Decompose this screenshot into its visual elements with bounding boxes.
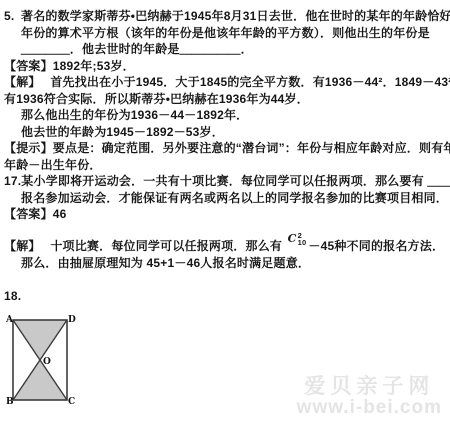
problem17-answer: 【答案】46 [4,206,448,223]
watermark-site-url: www.i-bei.com [297,398,442,418]
problem5-number: 5. [4,8,21,25]
shaded-triangle-top [13,320,67,360]
problem17-number: 17. [4,173,21,190]
shaded-triangle-bottom [13,360,67,400]
problem5-solution-line4: 他去世的年龄为1945－1892－53岁． [4,124,448,141]
problem17-solution-line1: 【解】 十项比赛．每位同学可以任报两项．那么有 C210－45种不同的报名方法． [4,233,448,255]
center-label-o: O [43,357,51,367]
problem5-statement-line2: 年份的算术平方根（该年的年份是他该年年龄的平方数）．则他出生的年份是 [4,25,448,42]
watermark-site-name: 爱贝亲子网 [297,376,442,398]
problem18-figure: A D O B C [6,313,78,407]
problem18-number: 18. [4,288,448,305]
vertex-label-a: A [6,315,14,325]
problem17-statement-line1: 17.某小学即将开运动会．一共有十项比赛．每位同学可以任报两项．那么要有 ＿＿＿… [4,173,448,190]
problem17-text1: 某小学即将开运动会．一共有十项比赛．每位同学可以任报两项．那么要有 ＿＿＿ 人 [21,174,450,188]
problem17-solution-line2: 那么．由抽屉原理知为 45+1－46人报名时满足题意． [4,255,448,272]
site-watermark: 爱贝亲子网 www.i-bei.com [297,376,442,418]
problem5-hint-line1: 【提示】要点是：确定范围．另外要注意的“潜台词”：年份与相应年龄对应．则有年份－ [4,140,448,157]
problem5-solution-line3: 那么他出生的年份为1936－44－1892年． [4,107,448,124]
combination-base: C [288,231,297,248]
problem17-solution-post: －45种不同的报名方法． [308,238,444,255]
vertex-label-d: D [68,315,76,325]
problem17-statement-line2: 报名参加运动会．才能保证有两名或两名以上的同学报名参加的比赛项目相同． [4,190,448,207]
problem5-solution-line1: 【解】 首先找出在小于1945．大于1845的完全平方数．有1936－44²．1… [4,74,448,91]
problem5-hint-line2: 年龄－出生年份． [4,157,448,174]
problem5-text1: 著名的数学家斯蒂芬•巴纳赫于1945年8月31日去世．他在世时的某年的年龄恰好是… [21,9,450,23]
problem5-solution-line2: 有1936符合实际．所以斯蒂芬•巴纳赫在1936年为44岁． [4,91,448,108]
math-worksheet: 5.著名的数学家斯蒂芬•巴纳赫于1945年8月31日去世．他在世时的某年的年龄恰… [0,0,450,407]
problem5-answer: 【答案】1892年;53岁． [4,58,448,75]
problem5-statement-line3-blanks: ＿＿＿＿．他去世时的年龄是＿＿＿＿＿． [4,41,448,58]
combination-formula: C210 [288,231,307,248]
combination-subscript: 10 [298,239,307,247]
vertex-label-b: B [6,397,14,407]
problem5-statement-line1: 5.著名的数学家斯蒂芬•巴纳赫于1945年8月31日去世．他在世时的某年的年龄恰… [4,8,448,25]
combination-scripts: 210 [298,232,307,247]
problem17-solution-pre: 【解】 十项比赛．每位同学可以任报两项．那么有 [4,238,286,255]
vertex-label-c: C [68,397,75,407]
